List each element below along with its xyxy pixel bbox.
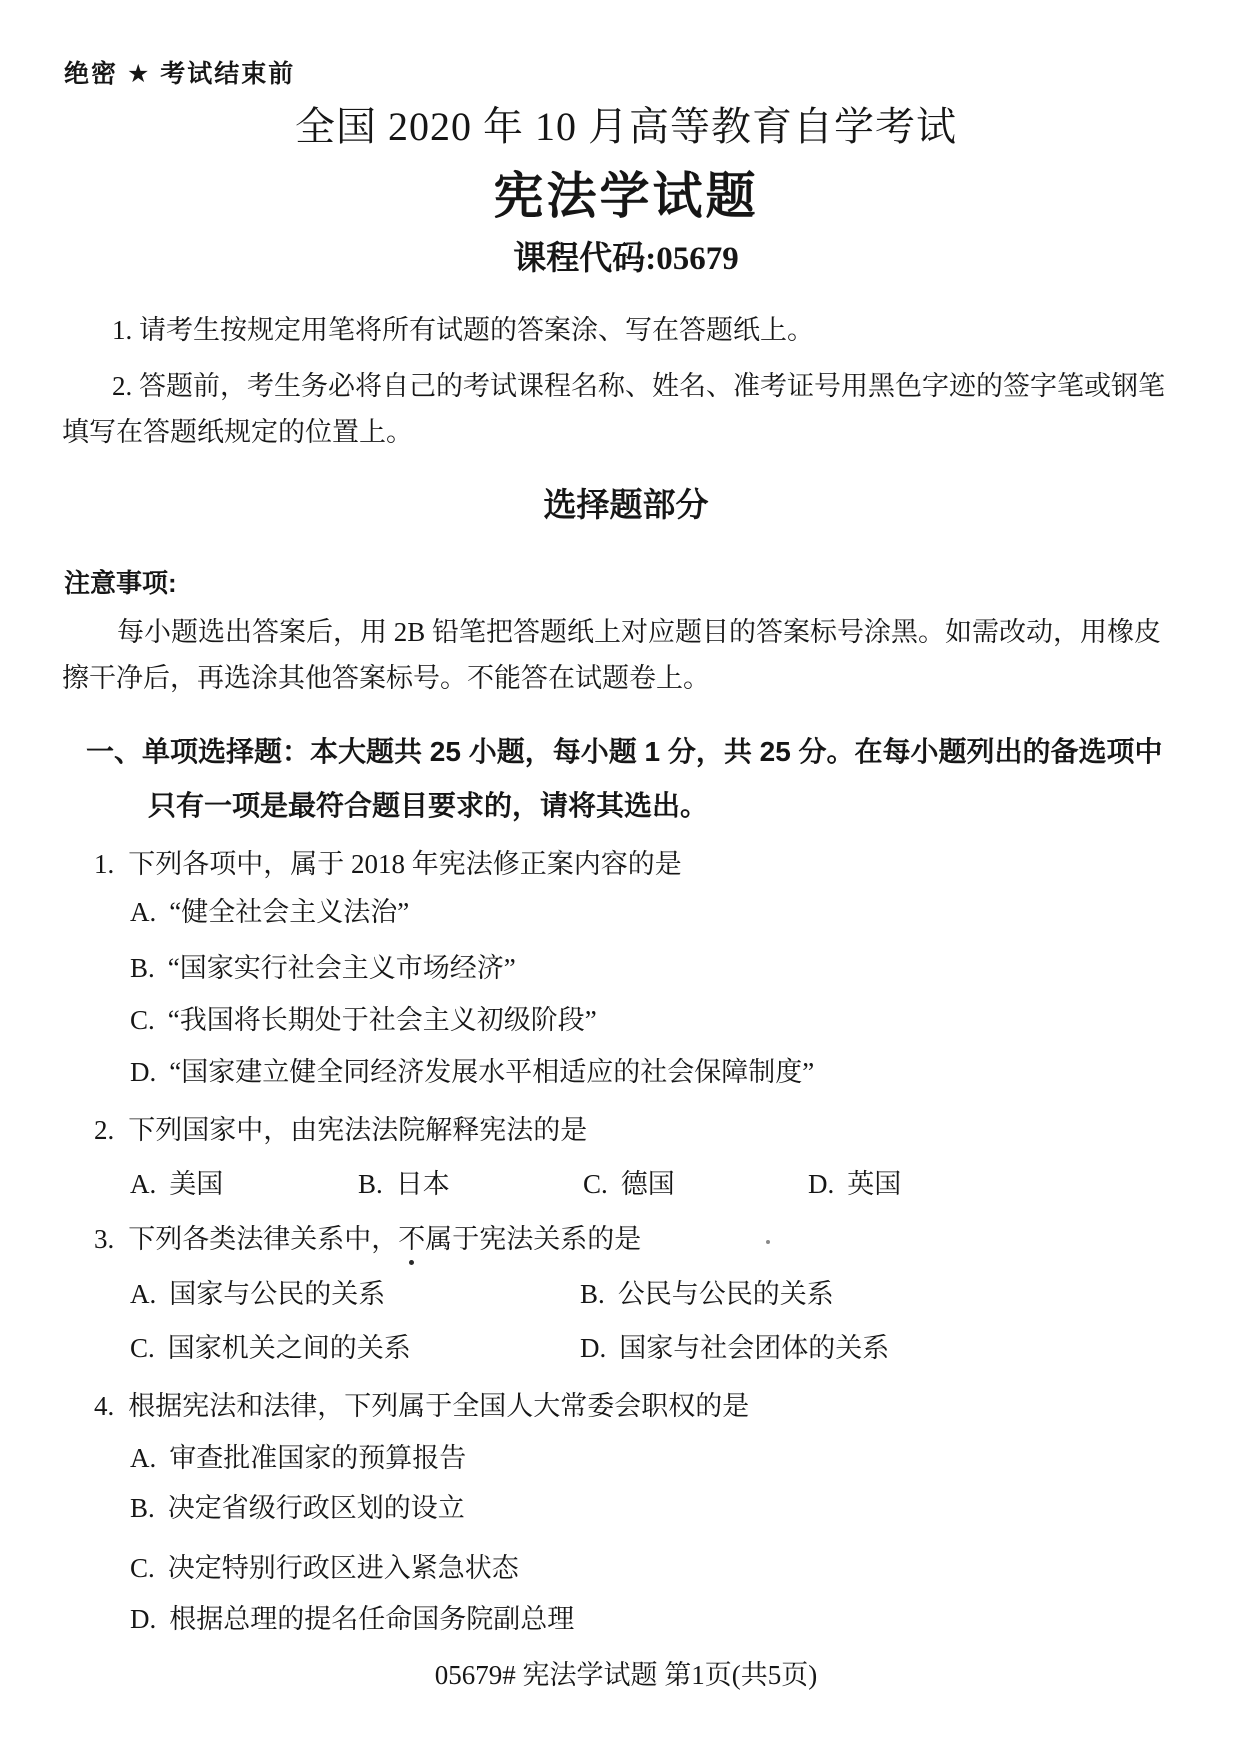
option-label-b: B. — [130, 953, 155, 985]
option-text-b: “国家实行社会主义市场经济” — [168, 953, 516, 983]
part-one-heading-line2: 只有一项是最符合题目要求的，请将其选出。 — [148, 789, 708, 822]
question-4-option-c: C.决定特别行政区进入紧急状态 — [130, 1553, 519, 1585]
option-text-d: 国家与社会团体的关系 — [619, 1333, 889, 1363]
question-2-number: 2. — [94, 1115, 114, 1147]
option-label-b: B. — [358, 1169, 383, 1201]
question-4: 4.根据宪法和法律，下列属于全国人大常委会职权的是 — [94, 1391, 749, 1423]
notice-line2: 擦干净后，再选涂其他答案标号。不能答在试题卷上。 — [62, 663, 710, 695]
exam-subtitle: 宪法学试题 — [0, 167, 1252, 226]
option-text-c: 国家机关之间的关系 — [168, 1333, 411, 1363]
instruction-2-line1: 2. 答题前，考生务必将自己的考试课程名称、姓名、准考证号用黑色字迹的签字笔或钢… — [112, 371, 1165, 403]
question-1-number: 1. — [94, 849, 114, 881]
question-1-option-a: A.“健全社会主义法治” — [130, 897, 409, 929]
option-text-d: 英国 — [847, 1169, 901, 1199]
option-label-d: D. — [130, 1604, 156, 1636]
option-label-c: C. — [583, 1169, 608, 1201]
instruction-2-line2: 填写在答题纸规定的位置上。 — [62, 417, 413, 449]
instruction-1: 1. 请考生按规定用笔将所有试题的答案涂、写在答题纸上。 — [112, 315, 814, 347]
part-one-heading-line1: 一、单项选择题：本大题共 25 小题，每小题 1 分，共 25 分。在每小题列出… — [86, 735, 1163, 768]
option-label-c: C. — [130, 1005, 155, 1037]
option-label-c: C. — [130, 1553, 155, 1585]
option-label-b: B. — [580, 1279, 605, 1311]
option-text-d: 根据总理的提名任命国务院副总理 — [169, 1604, 574, 1634]
question-3: 3.下列各类法律关系中，不属于宪法关系的是 — [94, 1224, 641, 1256]
option-label-a: A. — [130, 1443, 156, 1475]
question-3-emphasized-char: 不 — [398, 1224, 425, 1256]
option-text-d: “国家建立健全同经济发展水平相适应的社会保障制度” — [169, 1057, 814, 1087]
option-label-a: A. — [130, 897, 156, 929]
option-label-d: D. — [580, 1333, 606, 1365]
option-label-a: A. — [130, 1169, 156, 1201]
question-3-number: 3. — [94, 1224, 114, 1256]
question-4-option-d: D.根据总理的提名任命国务院副总理 — [130, 1604, 574, 1636]
question-4-option-b: B.决定省级行政区划的设立 — [130, 1493, 465, 1525]
option-label-a: A. — [130, 1279, 156, 1311]
question-2-option-d: D.英国 — [808, 1169, 901, 1201]
option-text-c: “我国将长期处于社会主义初级阶段” — [168, 1005, 597, 1035]
course-code: 课程代码:05679 — [0, 240, 1252, 279]
option-text-a: “健全社会主义法治” — [169, 897, 409, 927]
question-1: 1.下列各项中，属于 2018 年宪法修正案内容的是 — [94, 849, 682, 881]
option-label-c: C. — [130, 1333, 155, 1365]
question-4-text: 根据宪法和法律，下列属于全国人大常委会职权的是 — [128, 1391, 749, 1421]
option-text-b: 决定省级行政区划的设立 — [168, 1493, 465, 1523]
question-2-option-b: B.日本 — [358, 1169, 450, 1201]
question-3-option-c: C.国家机关之间的关系 — [130, 1333, 411, 1365]
question-3-option-d: D.国家与社会团体的关系 — [580, 1333, 889, 1365]
question-1-option-d: D.“国家建立健全同经济发展水平相适应的社会保障制度” — [130, 1057, 814, 1089]
option-label-b: B. — [130, 1493, 155, 1525]
exam-title: 全国 2020 年 10 月高等教育自学考试 — [0, 103, 1252, 150]
question-3-text-before: 下列各类法律关系中， — [128, 1224, 398, 1254]
question-3-option-a: A.国家与公民的关系 — [130, 1279, 385, 1311]
question-4-option-a: A.审查批准国家的预算报告 — [130, 1443, 466, 1475]
question-2-text: 下列国家中，由宪法法院解释宪法的是 — [128, 1115, 587, 1145]
question-1-option-c: C.“我国将长期处于社会主义初级阶段” — [130, 1005, 597, 1037]
option-text-a: 国家与公民的关系 — [169, 1279, 385, 1309]
scan-speck-dot — [766, 1240, 770, 1244]
option-text-a: 美国 — [169, 1169, 223, 1199]
question-2-option-c: C.德国 — [583, 1169, 675, 1201]
page-footer: 05679# 宪法学试题 第1页(共5页) — [0, 1660, 1252, 1692]
option-text-a: 审查批准国家的预算报告 — [169, 1443, 466, 1473]
option-text-b: 日本 — [396, 1169, 450, 1199]
notice-line1: 每小题选出答案后，用 2B 铅笔把答题纸上对应题目的答案标号涂黑。如需改动，用橡… — [117, 617, 1161, 649]
question-2: 2.下列国家中，由宪法法院解释宪法的是 — [94, 1115, 587, 1147]
question-1-option-b: B.“国家实行社会主义市场经济” — [130, 953, 516, 985]
notice-label: 注意事项: — [64, 568, 177, 599]
section-title: 选择题部分 — [0, 487, 1252, 526]
question-2-option-a: A.美国 — [130, 1169, 223, 1201]
option-label-d: D. — [130, 1057, 156, 1089]
option-text-c: 德国 — [621, 1169, 675, 1199]
question-3-text-after: 属于宪法关系的是 — [425, 1224, 641, 1254]
classified-label: 绝密 ★ 考试结束前 — [64, 60, 295, 90]
question-3-option-b: B.公民与公民的关系 — [580, 1279, 834, 1311]
exam-paper-page: 绝密 ★ 考试结束前 全国 2020 年 10 月高等教育自学考试 宪法学试题 … — [0, 0, 1252, 1755]
question-4-number: 4. — [94, 1391, 114, 1423]
option-text-b: 公民与公民的关系 — [618, 1279, 834, 1309]
question-1-text: 下列各项中，属于 2018 年宪法修正案内容的是 — [128, 849, 682, 879]
option-label-d: D. — [808, 1169, 834, 1201]
option-text-c: 决定特别行政区进入紧急状态 — [168, 1553, 519, 1583]
